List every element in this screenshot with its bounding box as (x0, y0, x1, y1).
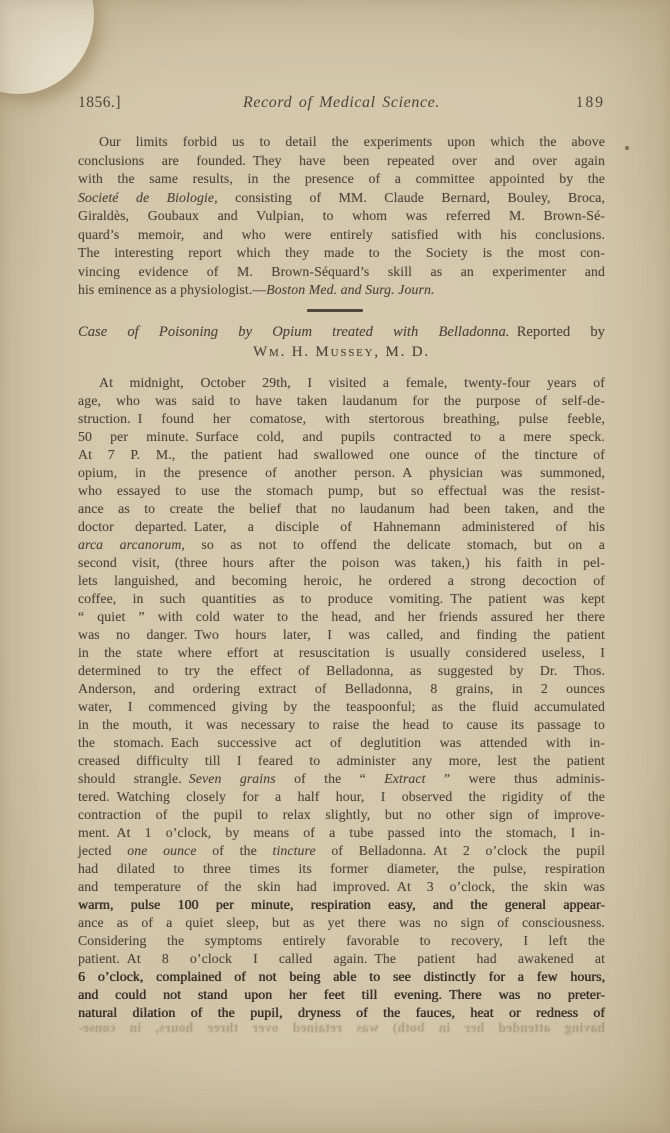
text-segment: lets languished, and becoming heroic, he… (78, 573, 605, 588)
text-segment: had dilated to three times its former di… (78, 861, 605, 876)
text-segment: second visit, (three hours after the poi… (78, 555, 605, 570)
text-segment: contraction of the pupil to relax slight… (78, 807, 605, 822)
header-page-number: 189 (576, 94, 605, 112)
text-segment: Extract (384, 771, 425, 786)
text-segment: tered. Watching closely for a half hour,… (78, 789, 605, 804)
text-segment: opium, in the presence of another person… (78, 465, 605, 480)
text-segment: vincing evidence of M. Brown-Séquard’s s… (78, 264, 605, 279)
text-segment: ance as to create the belief that no lau… (78, 501, 605, 516)
text-segment: the stomach. Each successive act of degl… (78, 735, 605, 750)
text-segment: with the same results, in the presence o… (78, 171, 605, 186)
text-segment: 50 per minute. Surface cold, and pupils … (78, 429, 605, 444)
text-segment: Societé de Biologie, (78, 190, 218, 205)
text-segment: Considering the symptoms entirely favora… (78, 933, 605, 948)
text-segment: Giraldès, Goubaux and Vulpian, to whom w… (78, 208, 605, 223)
text-segment: conclusions are founded. They have been … (78, 153, 605, 168)
text-segment: doctor departed. Later, a disciple of Ha… (78, 519, 605, 534)
text-segment: struction. I found her comatose, with st… (78, 411, 605, 426)
text-segment: one ounce (127, 843, 196, 858)
text-segment: coffee, in such quantities as to produce… (78, 591, 605, 606)
article-closing-paragraph: Our limits forbid us to detail the exper… (78, 133, 605, 300)
header-journal-title: Record of Medical Science. (78, 94, 605, 112)
text-segment: was no danger. Two hours later, I was ca… (78, 627, 605, 642)
text-segment: Boston Med. and Surg. Journ. (266, 282, 434, 297)
text-segment: his eminence as a physiologist.— (78, 282, 266, 297)
text-segment: who essayed to use the stomach pump, but… (78, 483, 605, 498)
text-segment: ment. At 1 o’clock, by means of a tube p… (78, 825, 605, 840)
text-segment: Seven grains (189, 771, 276, 786)
page-scan: 1856.] Record of Medical Science. 189 Ou… (0, 0, 670, 1133)
text-segment: water, I commenced giving by the teaspoo… (78, 699, 605, 714)
text-segment: The interesting report which they made t… (78, 245, 605, 260)
case-report-title: Case of Poisoning by Opium treated with … (78, 323, 605, 342)
text-segment: ” were thus adminis- (426, 771, 605, 786)
text-segment: quard’s memoir, and who were entirely sa… (78, 227, 605, 242)
text-segment: “ quiet ” with cold water to the head, a… (78, 609, 605, 624)
text-segment: should strangle. (78, 771, 189, 786)
section-divider-rule (307, 309, 363, 312)
text-segment: Anderson, and ordering extract of Bellad… (78, 681, 605, 696)
page-header: 1856.] Record of Medical Science. 189 (78, 94, 605, 114)
text-segment: in the state where effort at resuscitati… (78, 645, 605, 660)
text-segment: jected (78, 843, 127, 858)
text-segment: Our limits forbid us to detail the exper… (99, 134, 605, 149)
text-segment: age, who was said to have taken laudanum… (78, 393, 605, 408)
text-segment: determined to try the effect of Belladon… (78, 663, 605, 678)
paper-speck (625, 146, 629, 150)
text-segment: 6 o’clock, complained of not being able … (78, 969, 605, 984)
text-segment: creased difficulty till I feared to admi… (78, 753, 605, 768)
text-segment: of Belladonna. At 2 o’clock the pupil (316, 843, 605, 858)
text-segment: At midnight, October 29th, I visited a f… (99, 375, 605, 390)
text-segment: ance as of a quiet sleep, but as yet the… (78, 915, 605, 930)
text-segment: of the “ (276, 771, 385, 786)
text-segment: so as not to offend the delicate stomach… (185, 537, 605, 552)
text-segment: natural dilation of the pupil, dryness o… (78, 1005, 605, 1020)
text-segment: of the (197, 843, 273, 858)
text-segment: patient. At 8 o’clock I called again. Th… (78, 951, 605, 966)
text-segment: and could not stand upon her feet till e… (78, 987, 605, 1002)
text-segment: arca arcanorum, (78, 537, 185, 552)
text-segment: Case of Poisoning by Opium treated with … (78, 324, 509, 340)
case-report-body: At midnight, October 29th, I visited a f… (78, 374, 605, 1022)
reverse-side-showthrough-text: having attended her in both) was retaine… (78, 1019, 605, 1036)
text-segment: Reported by (509, 324, 605, 340)
text-segment: in the mouth, it was necessary to raise … (78, 717, 605, 732)
page-corner-curl (0, 0, 94, 94)
text-segment: tincture (273, 843, 316, 858)
case-report-author: Wm. H. Mussey, M. D. (78, 343, 605, 361)
text-segment: consisting of MM. Claude Bernard, Bouley… (218, 190, 605, 205)
text-segment: and temperature of the skin had improved… (78, 879, 605, 894)
text-segment: warm, pulse 100 per minute, respiration … (78, 897, 605, 912)
case-report-heading: Case of Poisoning by Opium treated with … (78, 323, 605, 361)
text-segment: At 7 P. M., the patient had swallowed on… (78, 447, 605, 462)
